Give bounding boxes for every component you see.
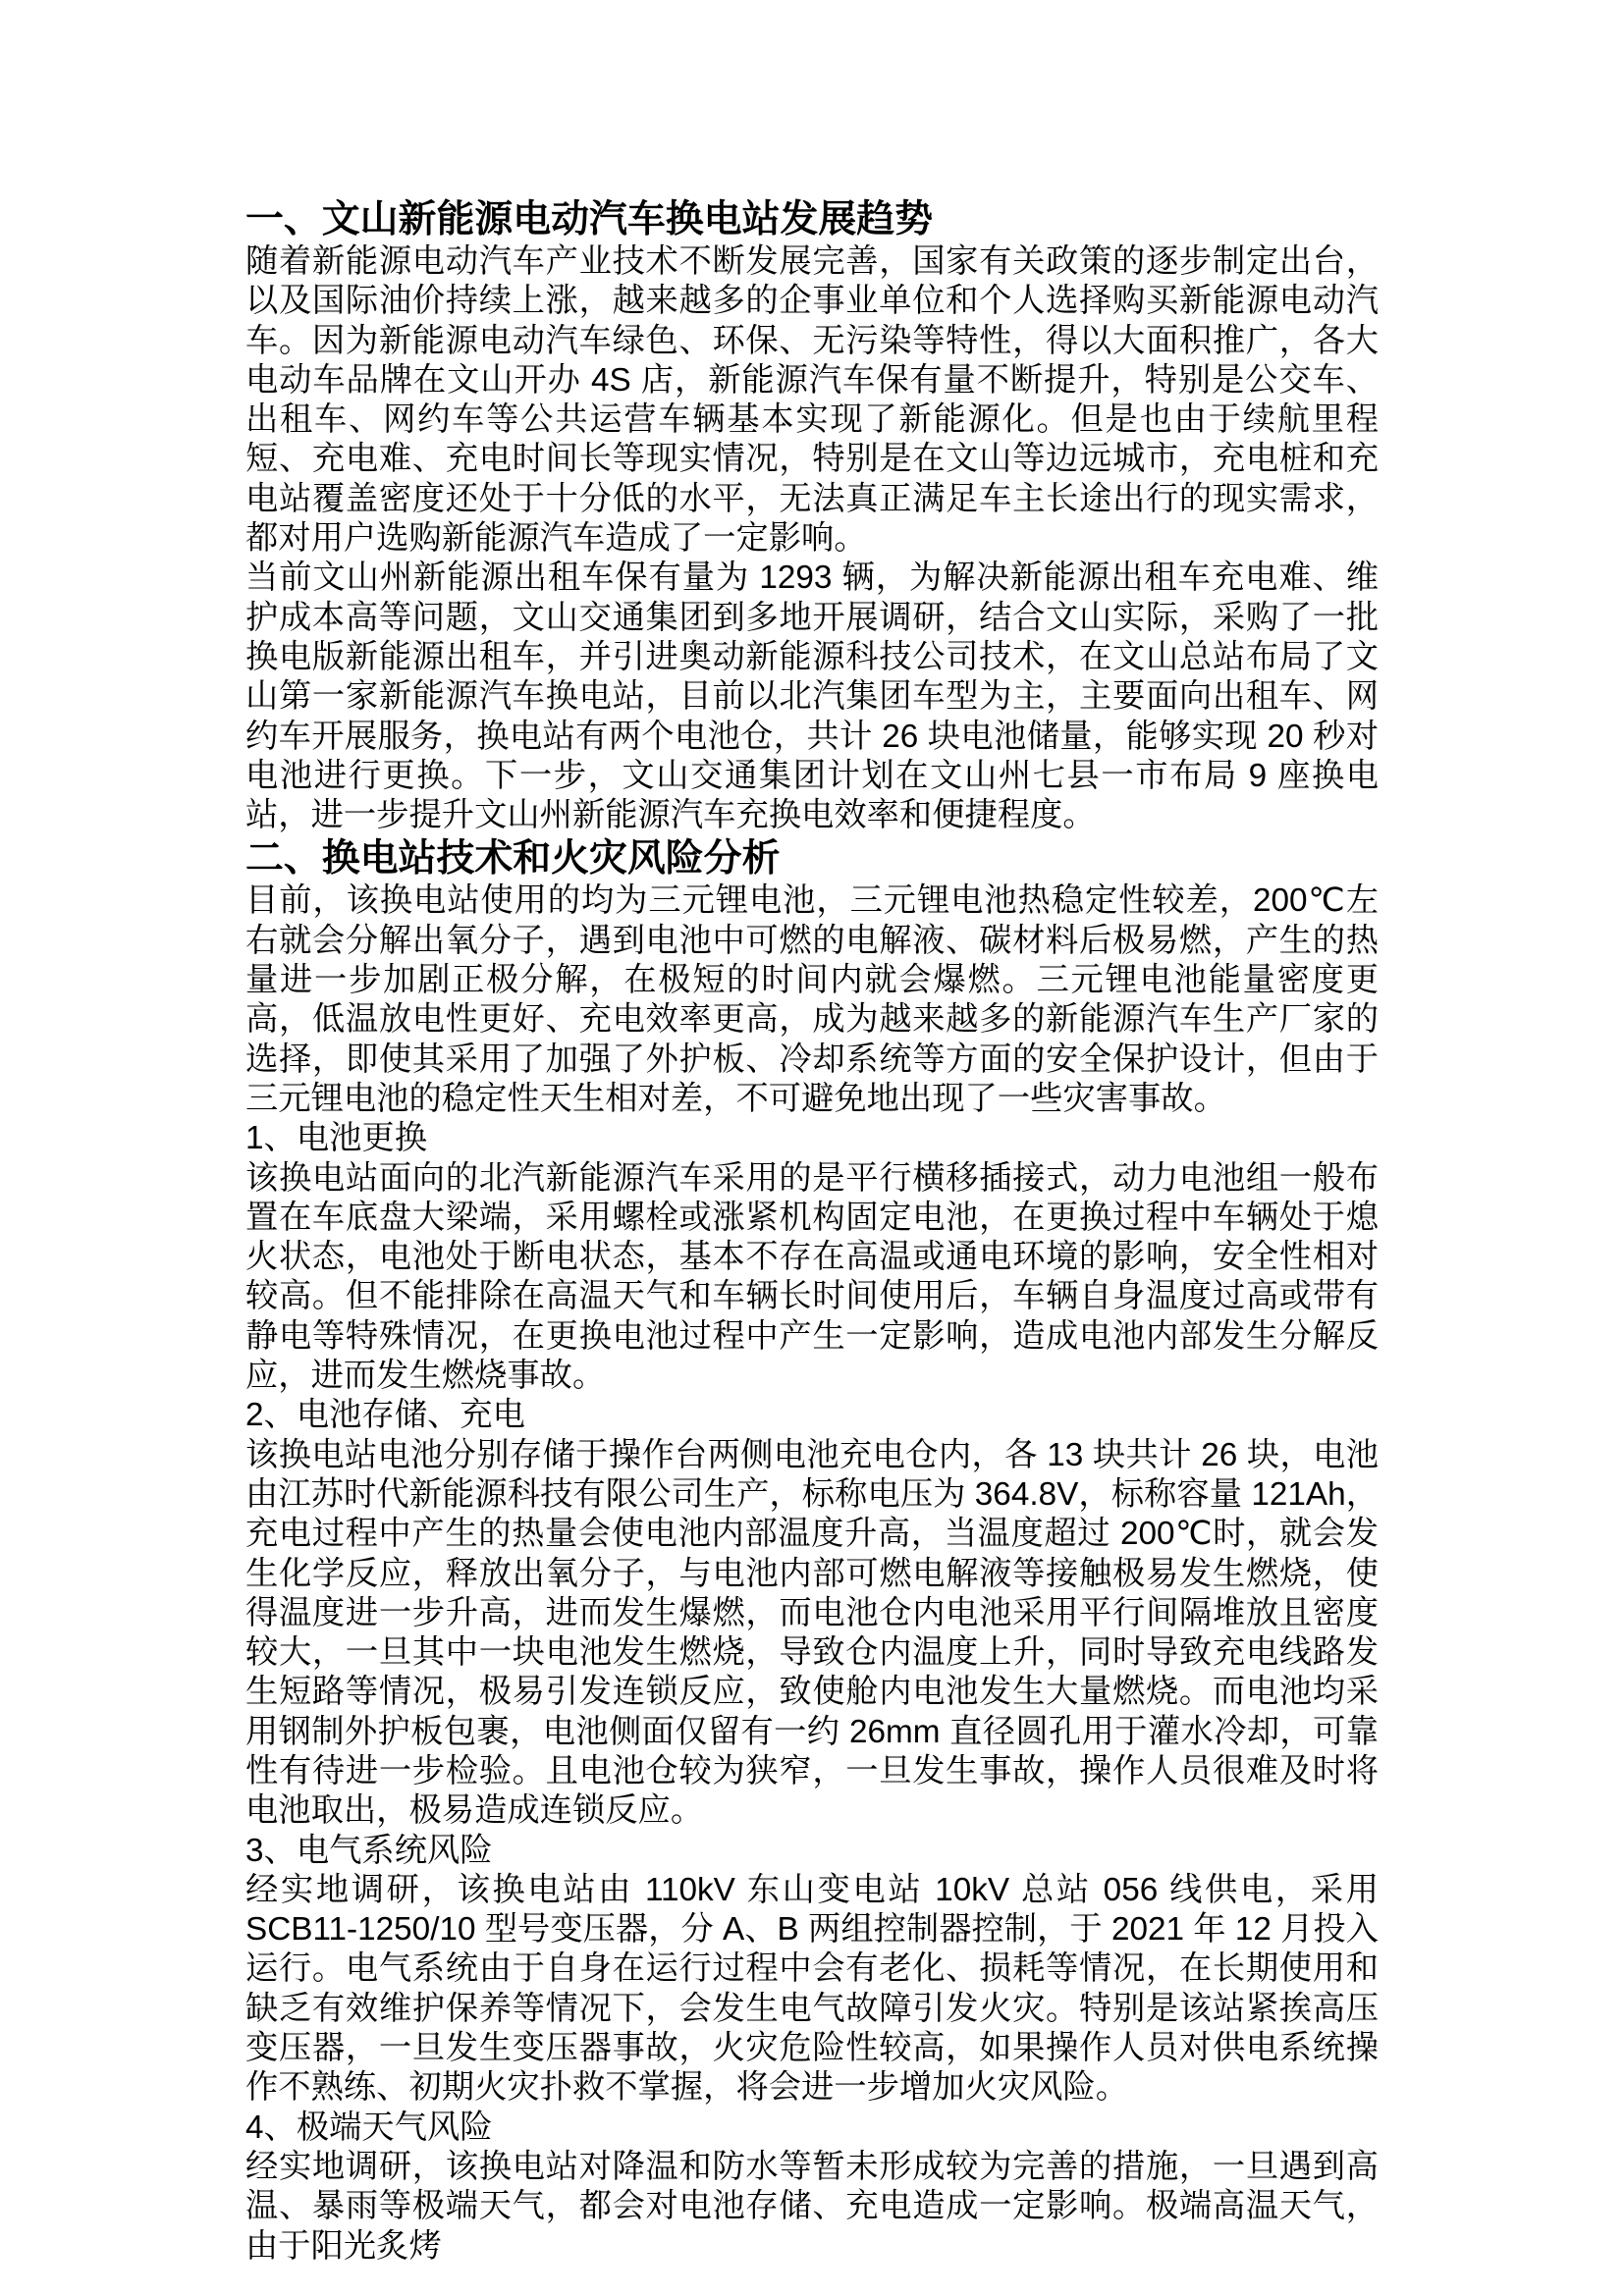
subheading-battery-swap: 1、电池更换	[245, 1119, 1379, 1158]
subheading-extreme-weather-risk: 4、极端天气风险	[245, 2109, 1379, 2148]
document-page: 一、文山新能源电动汽车换电站发展趋势 随着新能源电动汽车产业技术不断发展完善，国…	[0, 0, 1624, 2296]
paragraph-taxi-fleet: 当前文山州新能源出租车保有量为 1293 辆，为解决新能源出租车充电难、维护成本…	[245, 559, 1379, 835]
paragraph-battery-storage-charging: 该换电站电池分别存储于操作台两侧电池充电仓内，各 13 块共计 26 块，电池由…	[245, 1436, 1379, 1832]
subheading-battery-storage-charging: 2、电池存储、充电	[245, 1396, 1379, 1435]
paragraph-extreme-weather-risk: 经实地调研，该换电站对降温和防水等暂未形成较为完善的措施，一旦遇到高温、暴雨等极…	[245, 2148, 1379, 2267]
section-heading-2: 二、换电站技术和火灾风险分析	[245, 835, 1379, 881]
paragraph-intro-trend: 随着新能源电动汽车产业技术不断发展完善，国家有关政策的逐步制定出台，以及国际油价…	[245, 242, 1379, 559]
document-content: 一、文山新能源电动汽车换电站发展趋势 随着新能源电动汽车产业技术不断发展完善，国…	[245, 196, 1379, 2267]
subheading-electrical-system-risk: 3、电气系统风险	[245, 1832, 1379, 1871]
paragraph-electrical-system-risk: 经实地调研，该换电站由 110kV 东山变电站 10kV 总站 056 线供电，…	[245, 1871, 1379, 2109]
paragraph-battery-tech: 目前，该换电站使用的均为三元锂电池，三元锂电池热稳定性较差，200℃左右就会分解…	[245, 881, 1379, 1119]
section-heading-1: 一、文山新能源电动汽车换电站发展趋势	[245, 196, 1379, 242]
paragraph-battery-swap: 该换电站面向的北汽新能源汽车采用的是平行横移插接式，动力电池组一般布置在车底盘大…	[245, 1159, 1379, 1397]
